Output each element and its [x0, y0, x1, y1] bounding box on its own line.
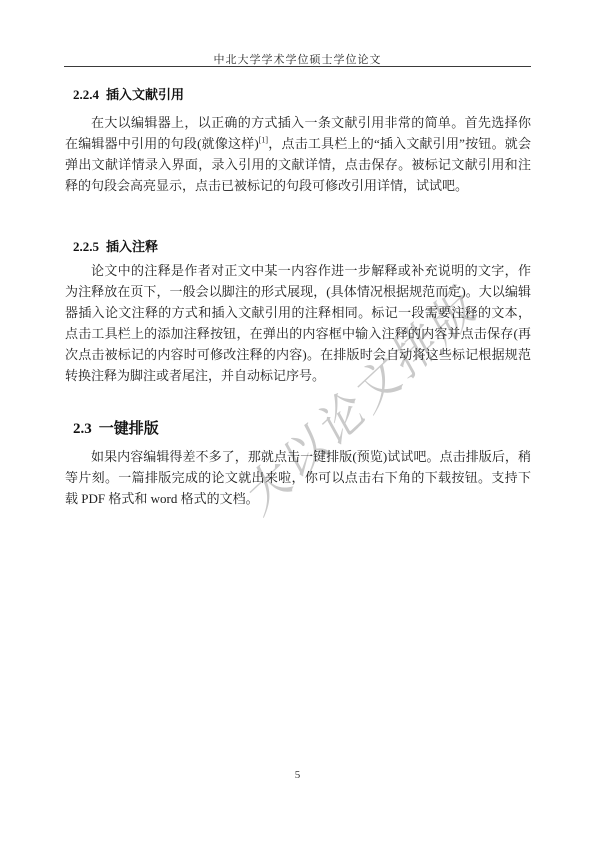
page-number: 5: [0, 769, 595, 781]
section-title: 一键排版: [99, 420, 159, 437]
section-number: 2.2.4: [73, 87, 99, 102]
running-header-title: 中北大学学术学位硕士学位论文: [64, 51, 531, 67]
section-heading-one-click-layout: 2.3一键排版: [73, 417, 159, 438]
paragraph-insert-note: 论文中的注释是作者对正文中某一内容作进一步解释或补充说明的文字，作为注释放在页下…: [65, 260, 531, 386]
paragraph-insert-citation: 在大以编辑器上，以正确的方式插入一条文献引用非常的简单。首先选择你在编辑器中引用…: [65, 112, 531, 196]
paragraph-one-click-layout: 如果内容编辑得差不多了，那就点击一键排版(预览)试试吧。点击排版后，稍等片刻。一…: [65, 446, 531, 509]
page-content: 中北大学学术学位硕士学位论文 2.2.4插入文献引用 在大以编辑器上，以正确的方…: [0, 0, 595, 842]
section-number: 2.2.5: [73, 239, 99, 254]
section-number: 2.3: [73, 421, 92, 437]
section-heading-insert-note: 2.2.5插入注释: [73, 236, 158, 255]
citation-ref-marker: [1]: [259, 136, 268, 145]
thesis-document-page: 大以论文排版 中北大学学术学位硕士学位论文 2.2.4插入文献引用 在大以编辑器…: [0, 0, 595, 842]
section-title: 插入注释: [106, 239, 158, 254]
section-heading-insert-citation: 2.2.4插入文献引用: [73, 84, 184, 103]
header-rule: [64, 66, 531, 67]
section-title: 插入文献引用: [106, 87, 184, 102]
